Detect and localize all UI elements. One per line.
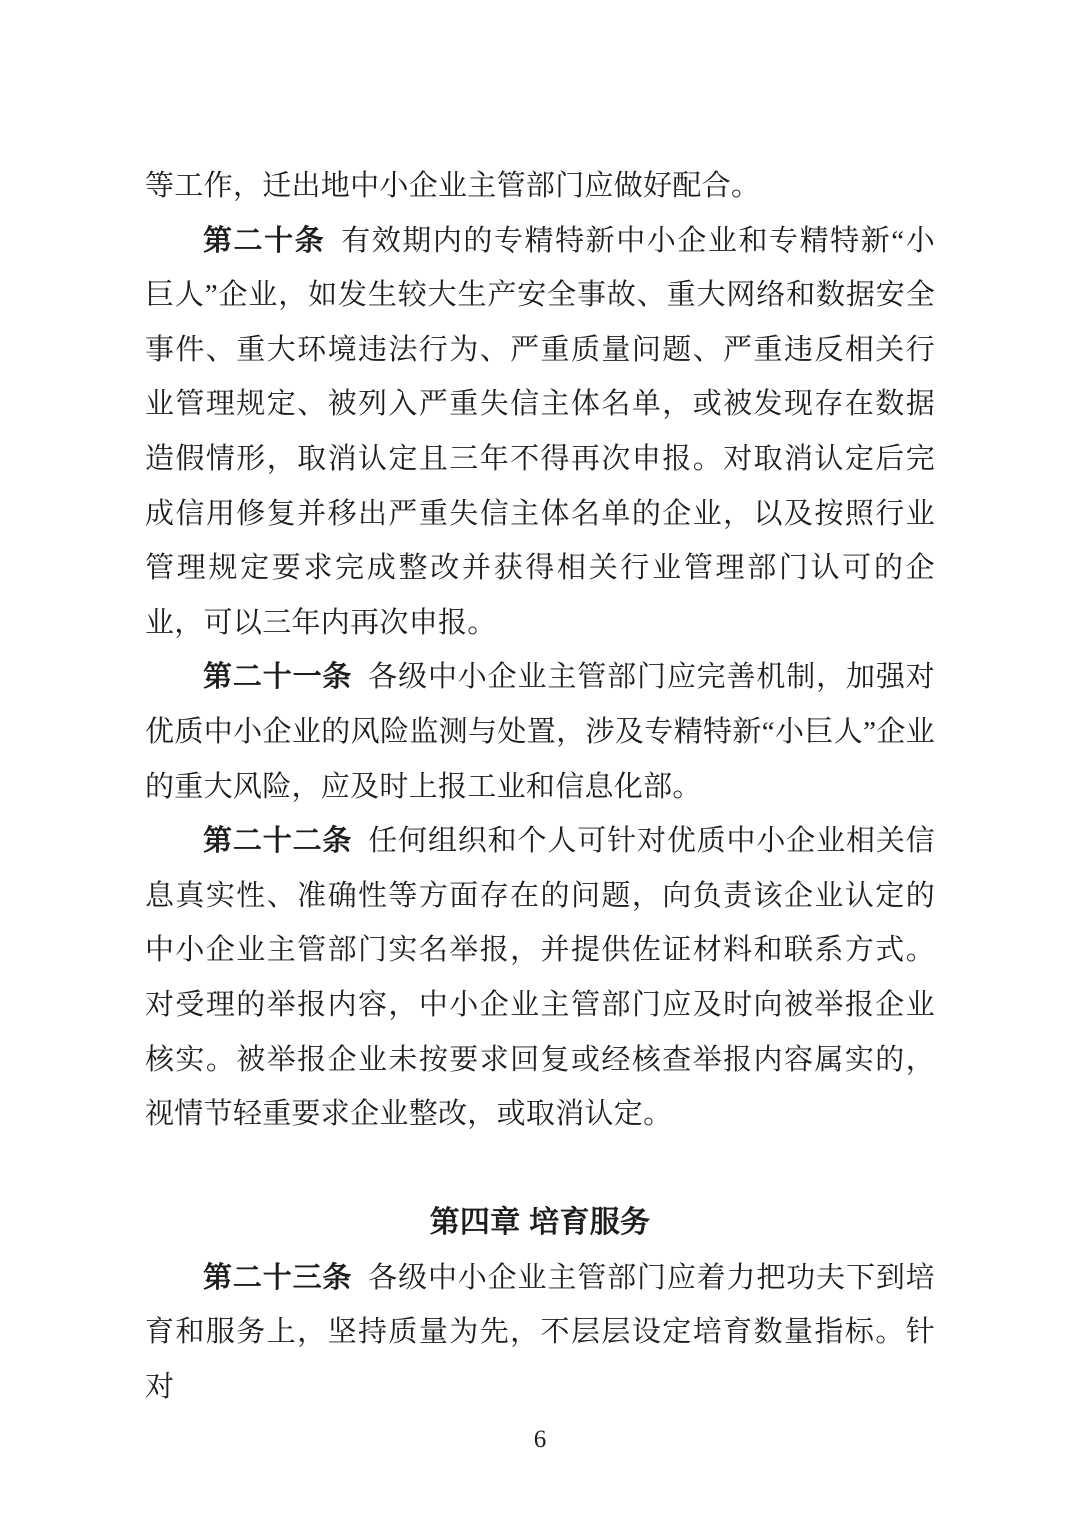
article-20-text: 有效期内的专精特新中小企业和专精特新“小巨人”企业，如发生较大生产安全事故、重大… bbox=[145, 225, 935, 639]
page-number: 6 bbox=[0, 1424, 1080, 1456]
article-22-text: 任何组织和个人可针对优质中小企业相关信息真实性、准确性等方面存在的问题，向负责该… bbox=[145, 825, 935, 1130]
chapter-heading: 第四章 培育服务 bbox=[145, 1196, 935, 1251]
article-20-number: 第二十条 bbox=[203, 225, 325, 257]
paragraph-continued: 等工作，迁出地中小企业主管部门应做好配合。 bbox=[145, 159, 935, 214]
paragraph-article-20: 第二十条有效期内的专精特新中小企业和专精特新“小巨人”企业，如发生较大生产安全事… bbox=[145, 214, 935, 651]
document-body: 等工作，迁出地中小企业主管部门应做好配合。 第二十条有效期内的专精特新中小企业和… bbox=[145, 159, 935, 1415]
paragraph-article-23: 第二十三条各级中小企业主管部门应着力把功夫下到培育和服务上，坚持质量为先，不层层… bbox=[145, 1251, 935, 1415]
document-page: 等工作，迁出地中小企业主管部门应做好配合。 第二十条有效期内的专精特新中小企业和… bbox=[0, 0, 1080, 1527]
article-21-number: 第二十一条 bbox=[203, 661, 352, 693]
article-22-number: 第二十二条 bbox=[203, 825, 352, 857]
paragraph-article-21: 第二十一条各级中小企业主管部门应完善机制，加强对优质中小企业的风险监测与处置，涉… bbox=[145, 650, 935, 814]
article-23-number: 第二十三条 bbox=[203, 1262, 352, 1294]
paragraph-article-22: 第二十二条任何组织和个人可针对优质中小企业相关信息真实性、准确性等方面存在的问题… bbox=[145, 814, 935, 1142]
